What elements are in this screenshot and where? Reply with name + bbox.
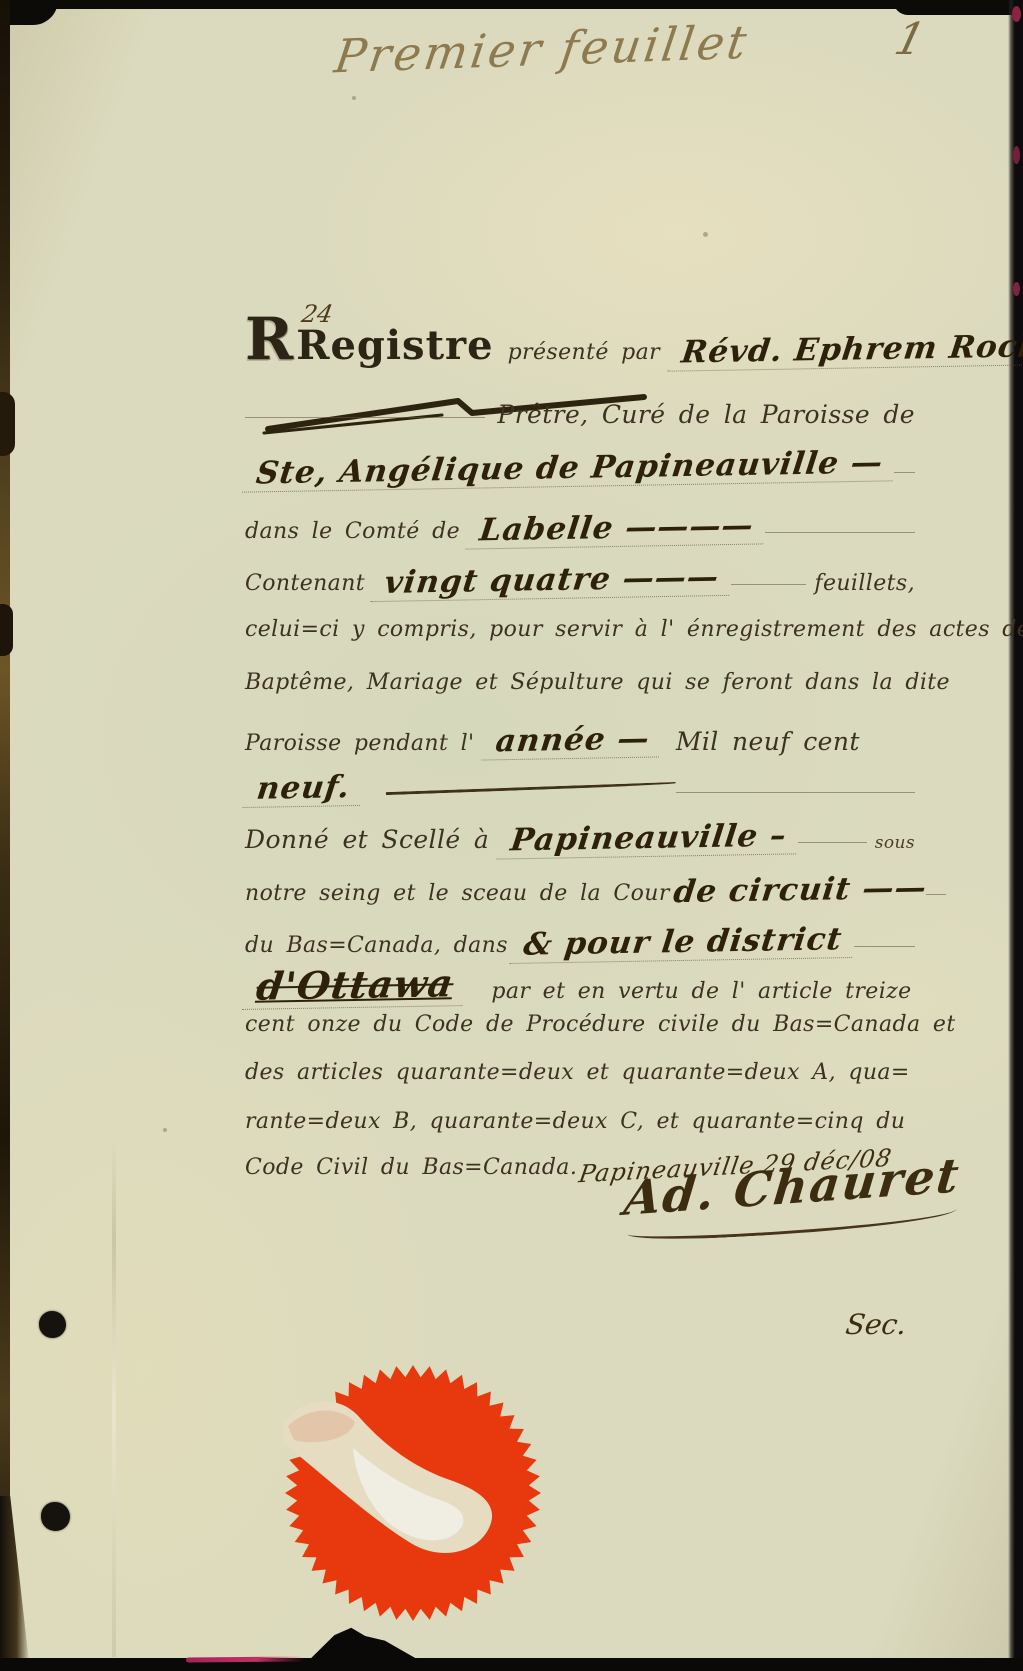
page-number: 1 [890, 14, 931, 65]
hand-cour-type: de circuit —— [671, 870, 928, 910]
ornate-initial: R [245, 305, 296, 373]
ruled-line [731, 584, 807, 585]
line-contenant: Contenant vingt quatre ——— feuillets, [245, 562, 915, 599]
line-pretre: Prêtre, Curé de la Paroisse de [245, 400, 915, 429]
line-seing: notre seing et le sceau de la Cour de ci… [245, 872, 915, 908]
line-registre: RRegistre présenté par Révd. Ephrem Roch… [245, 322, 915, 369]
registre-wordmark: RRegistre [245, 322, 494, 369]
hand-paroisse-name: Ste, Angélique de Papineauville — [242, 444, 897, 492]
binding-bump [0, 604, 13, 656]
punch-hole [39, 1311, 66, 1338]
line-neuf: neuf. [245, 770, 915, 807]
binding-bump [0, 392, 15, 456]
printed-feuillets: feuillets, [814, 571, 915, 596]
register-scan-page: Premier feuillet 1 24 RRegistre présenté… [0, 0, 1023, 1671]
signature-block: Ad. Chauret [612, 1160, 972, 1234]
ruled-line [765, 532, 915, 533]
hand-district-name: d'Ottawa [242, 960, 469, 1010]
line-centonze: cent onze du Code de Procédure civile du… [245, 1012, 915, 1037]
ruled-line [676, 792, 915, 793]
line-donne: Donné et Scellé à Papineauville – sous [245, 820, 915, 857]
printed-articles-2: rante=deux B, quarante=deux C, et quaran… [245, 1109, 905, 1134]
binding-stain [1013, 146, 1020, 164]
hand-comte-name: Labelle ———— [465, 507, 768, 549]
scan-edge-bottom [0, 1658, 1023, 1671]
paper-speck [352, 96, 356, 100]
line-articles2: rante=deux B, quarante=deux C, et quaran… [245, 1109, 915, 1134]
hand-annee: année — [482, 720, 664, 760]
hand-pour-le-district: & pour le district [509, 921, 856, 964]
ink-dash [386, 782, 676, 795]
scan-edge-right [1008, 0, 1023, 1671]
line-pendant: Paroisse pendant l' année — Mil neuf cen… [245, 722, 915, 759]
printed-mil-neuf-cent: Mil neuf cent [676, 727, 860, 756]
printed-code-civil: Code Civil du Bas=Canada. [245, 1155, 577, 1180]
binding-stain [186, 1656, 304, 1662]
hand-lieu-scelle: Papineauville – [497, 817, 802, 859]
printed-bapteme: Baptême, Mariage et Sépulture qui se fer… [245, 670, 950, 695]
ruled-line [245, 417, 485, 418]
binding-stain [1012, 6, 1021, 22]
line-comte: dans le Comté de Labelle ———— [245, 510, 915, 547]
hand-feuillets-count: vingt quatre ——— [370, 559, 733, 602]
binding-edge-left [0, 0, 10, 1671]
printed-articles-1: des articles quarante=deux et quarante=d… [245, 1060, 910, 1085]
line-compris: celui=ci y compris, pour servir à l' énr… [245, 617, 915, 642]
printed-donne-scelle: Donné et Scellé à [245, 825, 489, 854]
printed-sous: sous [875, 833, 915, 853]
printed-par-et-en-vertu: par et en vertu de l' article treize [491, 979, 911, 1004]
ruled-line [926, 894, 946, 895]
ruled-line [894, 472, 915, 473]
scan-corner-top-right [893, 0, 1023, 15]
hand-priest-name: Révd. Ephrem Rochon [667, 327, 1023, 371]
ruled-line [798, 842, 866, 843]
printed-paroisse-pendant: Paroisse pendant l' [245, 731, 474, 756]
paper-crease [112, 1138, 116, 1657]
scan-edge-top [0, 0, 1023, 9]
notarial-seal [258, 1338, 568, 1648]
printed-contenant: Contenant [245, 571, 365, 596]
line-ottawa: d'Ottawa par et en vertu de l' article t… [245, 962, 915, 1008]
printed-dans-le-comte: dans le Comté de [245, 519, 460, 544]
signature-title: Sec. [844, 1308, 909, 1341]
printed-presente-par: présenté par [508, 340, 660, 365]
line-bapteme: Baptême, Mariage et Sépulture qui se fer… [245, 670, 915, 695]
paper-speck [163, 1128, 167, 1132]
line-articles1: des articles quarante=deux et quarante=d… [245, 1060, 915, 1085]
paper-speck [703, 232, 708, 237]
punch-hole [41, 1502, 70, 1531]
binding-stain [1013, 282, 1020, 296]
printed-notre-seing: notre seing et le sceau de la Cour [245, 881, 670, 906]
binding-wedge-bottom-left [0, 1496, 30, 1671]
ruled-line [854, 946, 915, 947]
printed-compris: celui=ci y compris, pour servir à l' énr… [245, 617, 1023, 642]
header-note: Premier feuillet [331, 15, 752, 84]
printed-cent-onze: cent onze du Code de Procédure civile du… [245, 1012, 956, 1037]
hand-neuf: neuf. [243, 769, 365, 808]
line-paroisse-name: Ste, Angélique de Papineauville — [245, 450, 915, 487]
printed-pretre-cure: Prêtre, Curé de la Paroisse de [497, 400, 915, 429]
line-bascanada: du Bas=Canada, dans & pour le district [245, 924, 915, 961]
printed-du-bas-canada: du Bas=Canada, dans [245, 933, 508, 958]
